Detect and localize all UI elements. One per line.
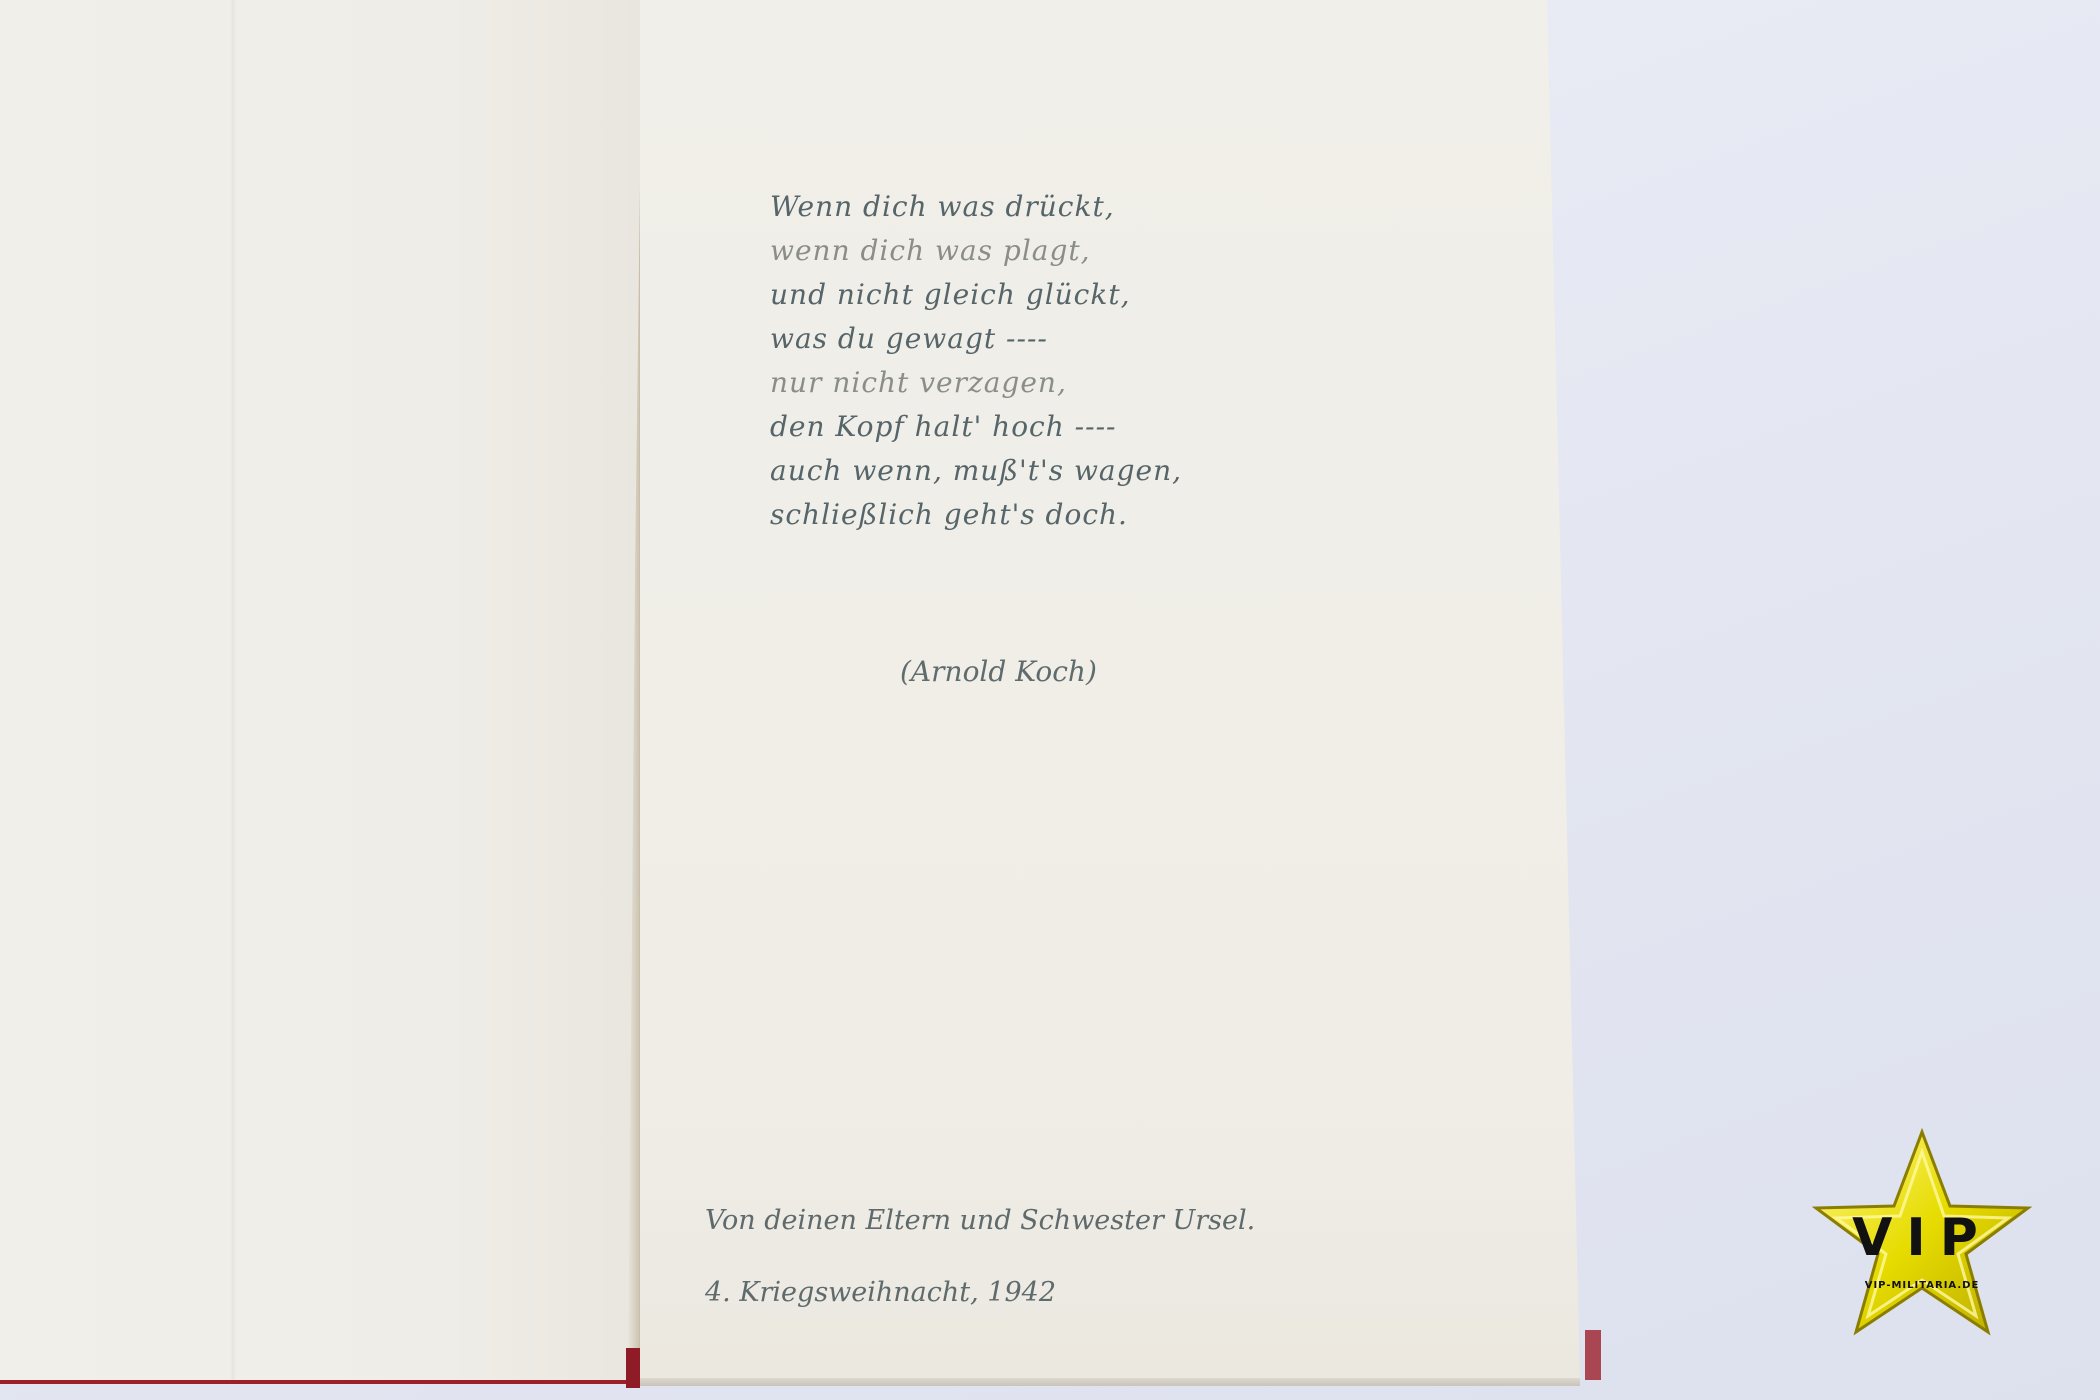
handwritten-poem: Wenn dich was drückt, wenn dich was plag… bbox=[770, 185, 1330, 537]
dedication-line: 4. Kriegsweihnacht, 1942 bbox=[705, 1257, 1255, 1329]
poem-line: auch wenn, muß't's wagen, bbox=[770, 449, 1330, 493]
left-endpaper bbox=[0, 0, 640, 1384]
poem-line: was du gewagt ---- bbox=[770, 317, 1330, 361]
poem-line: den Kopf halt' hoch ---- bbox=[770, 405, 1330, 449]
red-cloth-binding bbox=[626, 1348, 640, 1388]
poem-author: (Arnold Koch) bbox=[900, 655, 1097, 688]
photo-scene: Wenn dich was drückt, wenn dich was plag… bbox=[0, 0, 2100, 1400]
poem-line: und nicht gleich glückt, bbox=[770, 273, 1330, 317]
watermark-logo-text: VIP bbox=[1812, 1208, 2032, 1268]
poem-line: Wenn dich was drückt, bbox=[770, 185, 1330, 229]
watermark-url: VIP-MILITARIA.DE bbox=[1812, 1280, 2032, 1291]
dedication-line: Von deinen Eltern und Schwester Ursel. bbox=[705, 1185, 1255, 1257]
poem-line: nur nicht verzagen, bbox=[770, 361, 1330, 405]
vip-militaria-watermark: VIP VIP-MILITARIA.DE bbox=[1812, 1128, 2032, 1338]
red-cover-edge bbox=[1585, 1330, 1601, 1380]
page-stack-edge bbox=[640, 1378, 1580, 1386]
poem-line: wenn dich was plagt, bbox=[770, 229, 1330, 273]
endpaper-crease bbox=[230, 0, 236, 1380]
handwritten-dedication: Von deinen Eltern und Schwester Ursel. 4… bbox=[705, 1185, 1255, 1329]
poem-line: schließlich geht's doch. bbox=[770, 493, 1330, 537]
